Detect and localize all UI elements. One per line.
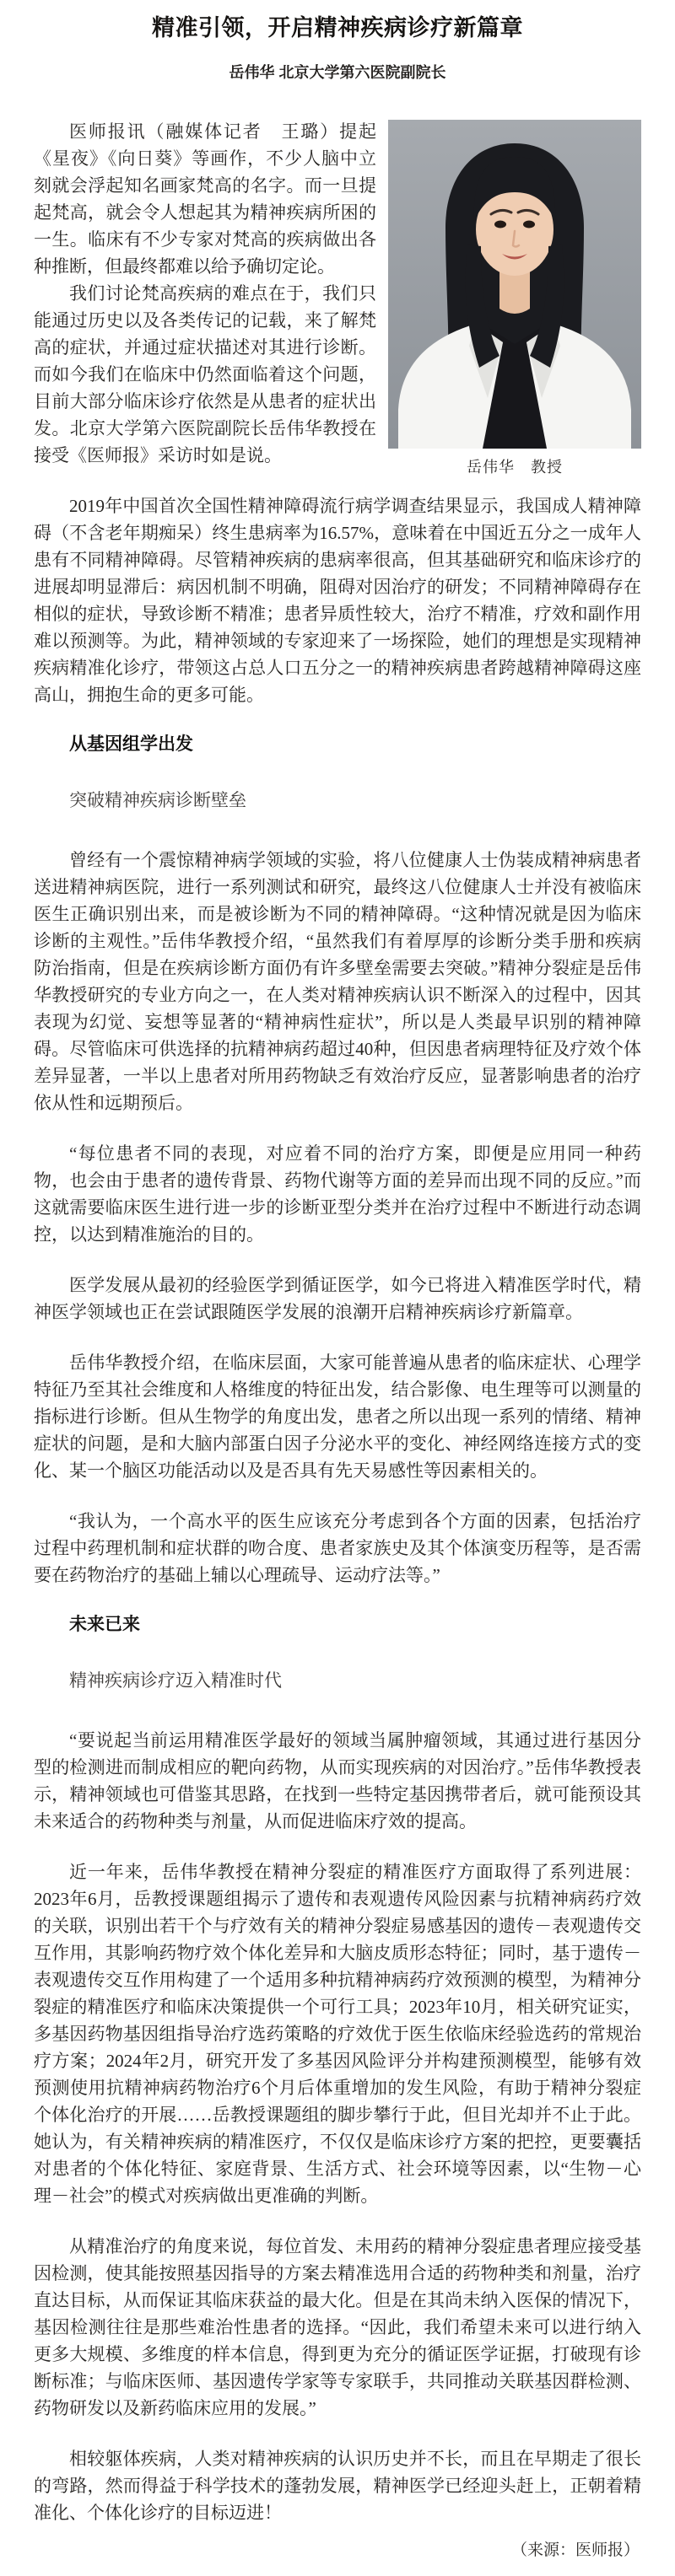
body-paragraph: 2019年中国首次全国性精神障碍流行病学调查结果显示，我国成人精神障碍（不含老年…: [34, 492, 641, 708]
author-line: 岳伟华 北京大学第六医院副院长: [34, 62, 641, 83]
section-heading: 从基因组学出发: [34, 732, 641, 757]
photo-caption: 岳伟华 教授: [388, 457, 641, 477]
body-paragraph: 从精准治疗的角度来说，每位首发、未用药的精神分裂症患者理应接受基因检测，使其能按…: [34, 2233, 641, 2422]
portrait-photo: [388, 120, 641, 449]
section-heading: 未来已来: [34, 1612, 641, 1638]
body-paragraph: 医学发展从最初的经验医学到循证医学，如今已将进入精准医学时代，精神医学领域也正在…: [34, 1272, 641, 1326]
section-subheading: 精神疾病诊疗迈入精准时代: [34, 1668, 641, 1693]
body-paragraph: 相较躯体疾病，人类对精神疾病的认识历史并不长，而且在早期走了很长的弯路，然而得益…: [34, 2445, 641, 2526]
source-line: （来源：医师报）: [34, 2538, 641, 2563]
article-page: 精准引领，开启精神疾病诊疗新篇章 岳伟华 北京大学第六医院副院长: [0, 0, 675, 2576]
body-paragraph: 近一年来，岳伟华教授在精神分裂症的精准医疗方面取得了系列进展：2023年6月，岳…: [34, 1858, 641, 2209]
body-paragraph: “每位患者不同的表现，对应着不同的治疗方案，即便是应用同一种药物，也会由于患者的…: [34, 1140, 641, 1248]
portrait-illustration: [388, 120, 641, 449]
body-paragraph: 岳伟华教授介绍，在临床层面，大家可能普遍从患者的临床症状、心理学特征乃至其社会维…: [34, 1349, 641, 1484]
body-paragraph: “我认为，一个高水平的医生应该充分考虑到各个方面的因素，包括治疗过程中药理机制和…: [34, 1508, 641, 1589]
portrait-photo-block: 岳伟华 教授: [388, 120, 641, 477]
body-paragraph: “要说起当前运用精准医学最好的领域当属肿瘤领域，其通过进行基因分型的检测进而制成…: [34, 1727, 641, 1835]
section-future: 未来已来 精神疾病诊疗迈入精准时代 “要说起当前运用精准医学最好的领域当属肿瘤领…: [34, 1612, 641, 2526]
body-paragraph: 曾经有一个震惊精神病学领域的实验，将八位健康人士伪装成精神病患者送进精神病医院，…: [34, 847, 641, 1116]
section-subheading: 突破精神疾病诊断壁垒: [34, 788, 641, 813]
article-body: 岳伟华 教授 医师报讯（融媒体记者 王璐）提起《星夜》《向日葵》等画作，不少人脑…: [34, 118, 641, 2563]
section-genomics: 从基因组学出发 突破精神疾病诊断壁垒 曾经有一个震惊精神病学领域的实验，将八位健…: [34, 732, 641, 1589]
page-title: 精准引领，开启精神疾病诊疗新篇章: [34, 0, 641, 42]
